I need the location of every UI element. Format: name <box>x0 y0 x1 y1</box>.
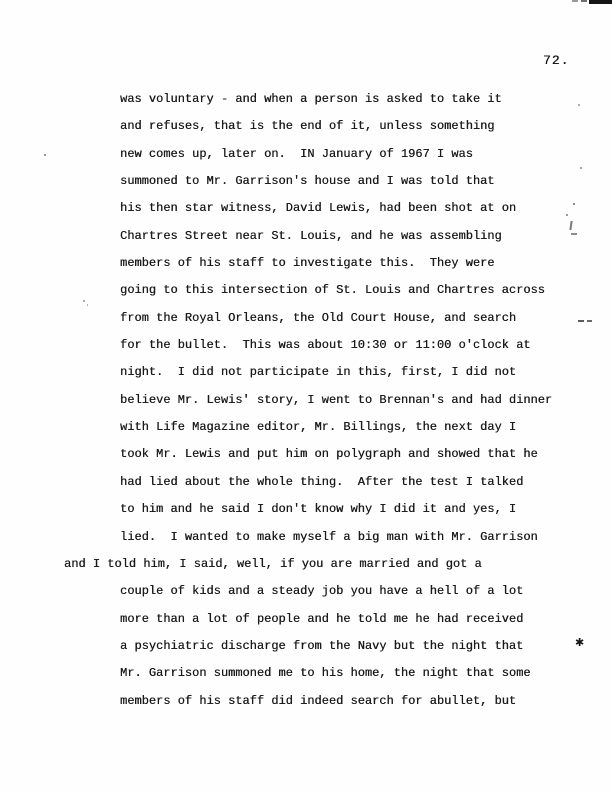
scanned-document-page: 72. was voluntary - and when a person is… <box>0 0 612 791</box>
ink-speck <box>578 104 580 106</box>
text-line: took Mr. Lewis and put him on polygraph … <box>120 441 552 468</box>
ink-speck <box>87 304 88 306</box>
ink-speck <box>83 300 85 302</box>
text-line: summoned to Mr. Garrison's house and I w… <box>120 168 552 195</box>
text-line: was voluntary - and when a person is ask… <box>120 86 552 113</box>
text-line: night. I did not participate in this, fi… <box>120 359 552 386</box>
text-line: for the bullet. This was about 10:30 or … <box>120 332 552 359</box>
typewritten-text-block: was voluntary - and when a person is ask… <box>120 86 552 715</box>
text-line: to him and he said I don't know why I di… <box>120 496 552 523</box>
text-line: Mr. Garrison summoned me to his home, th… <box>120 660 552 687</box>
scan-artifact-corner-bar <box>589 0 612 4</box>
margin-asterisk-mark: ✱ <box>575 637 584 649</box>
scan-artifact-dash <box>572 0 578 2</box>
page-number: 72. <box>543 53 569 69</box>
text-line: more than a lot of people and he told me… <box>120 606 552 633</box>
text-line: a psychiatric discharge from the Navy bu… <box>120 633 552 660</box>
text-line: new comes up, later on. IN January of 19… <box>120 141 552 168</box>
margin-dash-mark <box>578 320 584 322</box>
text-line: his then star witness, David Lewis, had … <box>120 195 552 222</box>
ink-speck <box>44 154 46 156</box>
text-line: going to this intersection of St. Louis … <box>120 277 552 304</box>
text-line: couple of kids and a steady job you have… <box>120 578 552 605</box>
margin-tick-dash <box>571 233 577 235</box>
text-line: members of his staff to investigate this… <box>120 250 552 277</box>
text-line: believe Mr. Lewis' story, I went to Bren… <box>120 387 552 414</box>
text-line: and I told him, I said, well, if you are… <box>64 551 552 578</box>
margin-tick-mark <box>569 221 572 230</box>
margin-dash-mark <box>587 320 592 322</box>
scan-artifact-dash <box>581 0 587 2</box>
ink-speck <box>580 167 582 169</box>
text-line: and refuses, that is the end of it, unle… <box>120 113 552 140</box>
text-line: from the Royal Orleans, the Old Court Ho… <box>120 305 552 332</box>
text-line: had lied about the whole thing. After th… <box>120 469 552 496</box>
text-line: with Life Magazine editor, Mr. Billings,… <box>120 414 552 441</box>
text-line: lied. I wanted to make myself a big man … <box>120 524 552 551</box>
ink-speck <box>566 214 568 216</box>
text-line: members of his staff did indeed search f… <box>120 688 552 715</box>
text-line: Chartres Street near St. Louis, and he w… <box>120 223 552 250</box>
ink-speck <box>573 203 575 205</box>
